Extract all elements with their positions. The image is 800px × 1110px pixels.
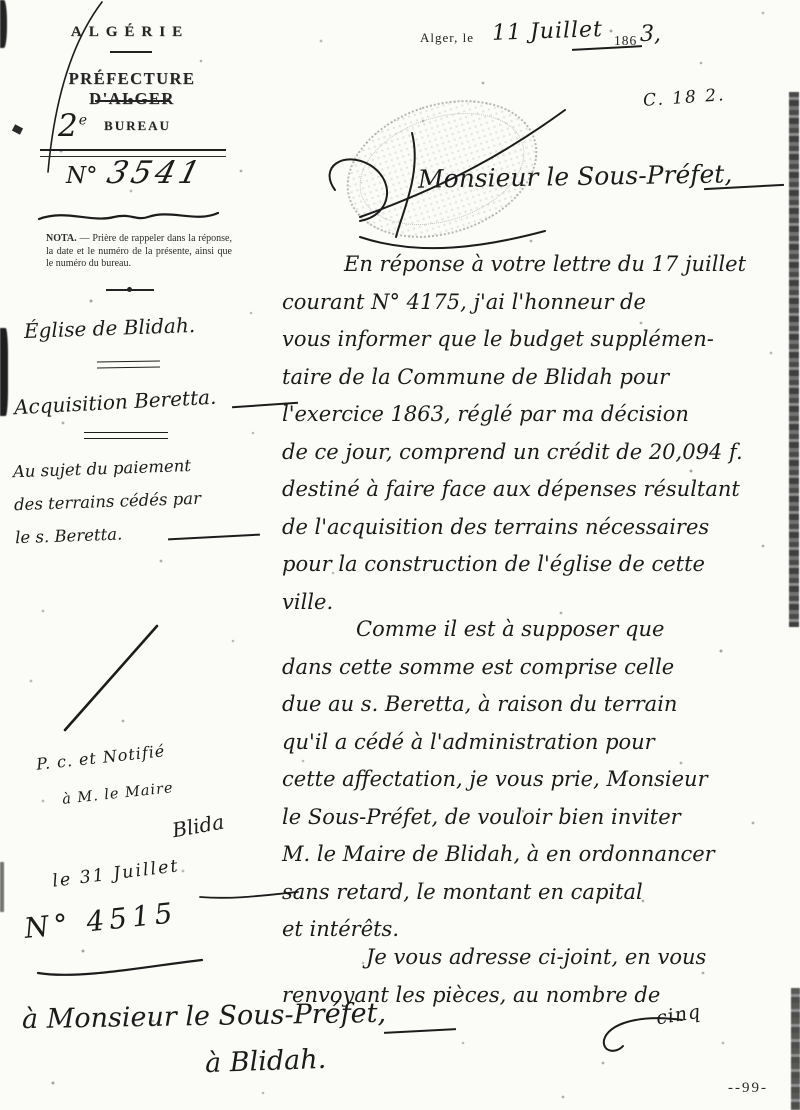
body-line: taire de la Commune de Blidah pour xyxy=(282,359,778,397)
rule-dot xyxy=(128,98,133,103)
body-line: courant N° 4175, j'ai l'honneur de xyxy=(282,284,778,322)
body-line: En réponse à votre lettre du 17 juillet xyxy=(282,246,778,284)
body-line: vous informer que le budget supplémen- xyxy=(282,321,778,359)
classification-mark: C. 18 2. xyxy=(642,85,726,111)
scan-edge-artifact-right-upper xyxy=(789,92,799,627)
registry-number-label: N° xyxy=(66,163,98,189)
body-line: M. le Maire de Blidah, à en ordonnancer xyxy=(282,836,778,874)
body-line: le Sous-Préfet, de vouloir bien inviter xyxy=(282,799,778,837)
margin-summary-line: des terrains cédés par xyxy=(13,482,201,522)
ornament-divider xyxy=(106,289,154,291)
body-line: Je vous adresse ci-joint, en vous xyxy=(282,939,778,977)
dateline-place-label: Alger, le xyxy=(420,30,474,46)
hand-underline xyxy=(84,432,168,439)
margin-subject-acquisition: Acquisition Beretta. xyxy=(14,385,217,420)
dateline-day-month: 11 Juillet xyxy=(492,17,604,46)
margin-summary-line: le s. Beretta. xyxy=(15,515,203,555)
hand-underline xyxy=(97,360,160,368)
diagonal-slash-mark xyxy=(55,622,165,734)
nota-label: NOTA. xyxy=(46,233,77,244)
nota-note: NOTA. — Prière de rappeler dans la répon… xyxy=(46,233,232,271)
bureau-line: 2e BUREAU xyxy=(58,108,171,144)
body-line: l'exercice 1863, réglé par ma décision xyxy=(282,396,778,434)
letterhead-country: ALGÉRIE xyxy=(30,24,230,41)
hand-underline xyxy=(384,1028,456,1033)
registry-number-value: 3541 xyxy=(103,155,207,191)
wavy-rule xyxy=(36,205,222,227)
bureau-label: BUREAU xyxy=(104,118,171,134)
letterhead-rule xyxy=(110,51,152,53)
registry-number-line: N° 3541 xyxy=(66,155,203,191)
scanned-letter-page: ALGÉRIE PRÉFECTURE D'ALGER 2e BUREAU N° … xyxy=(0,0,800,1110)
registry-note-line2: à M. le Maire xyxy=(61,780,174,808)
body-line: de l'acquisition des terrains nécessaire… xyxy=(282,509,778,547)
registry-sent-number: N° 4515 xyxy=(23,896,179,945)
body-line: due au s. Beretta, à raison du terrain xyxy=(282,686,778,724)
body-paragraph-2: Comme il est à supposer que dans cette s… xyxy=(282,611,778,949)
scan-edge-artifact-left-lower xyxy=(0,862,4,912)
address-line-2: à Blidah. xyxy=(204,1044,326,1079)
body-line: de ce jour, comprend un crédit de 20,094… xyxy=(282,434,778,472)
scan-edge-artifact-right-lower xyxy=(791,988,800,1110)
body-line: cette affectation, je vous prie, Monsieu… xyxy=(282,761,778,799)
body-line: qu'il a cédé à l'administration pour xyxy=(282,724,778,762)
body-line: Comme il est à supposer que xyxy=(282,611,778,649)
letterhead-office: PRÉFECTURE D'ALGER xyxy=(30,69,234,109)
address-line-1: à Monsieur le Sous-Préfet, xyxy=(22,998,387,1035)
pen-tail-swash xyxy=(198,888,302,902)
scan-edge-artifact-left-top xyxy=(0,0,7,48)
bureau-number: 2e xyxy=(58,108,88,144)
body-line: destiné à faire face aux dépenses résult… xyxy=(282,471,778,509)
letterhead-rule xyxy=(95,100,169,102)
body-paragraph-1: En réponse à votre lettre du 17 juillet … xyxy=(282,246,778,621)
dateline-year-digit: 3, xyxy=(640,22,661,47)
margin-subject-church: Église de Blidah. xyxy=(24,313,196,343)
registry-sent-date: le 31 Juillet xyxy=(51,856,180,891)
body-line: pour la construction de l'église de cett… xyxy=(282,546,778,584)
registry-note-line1: P. c. et Notifié xyxy=(35,741,166,773)
scan-edge-artifact-left-middle xyxy=(0,328,8,416)
registry-note-line3: Blida xyxy=(170,810,226,843)
body-line: sans retard, le montant en capital xyxy=(282,874,778,912)
pen-underline-swash xyxy=(35,953,207,981)
page-number: --99- xyxy=(728,1080,768,1097)
ornament-dot xyxy=(127,287,132,292)
body-line: dans cette somme est comprise celle xyxy=(282,649,778,687)
salutation: Monsieur le Sous-Préfet, xyxy=(418,159,733,193)
ink-blot-mark xyxy=(12,124,23,134)
